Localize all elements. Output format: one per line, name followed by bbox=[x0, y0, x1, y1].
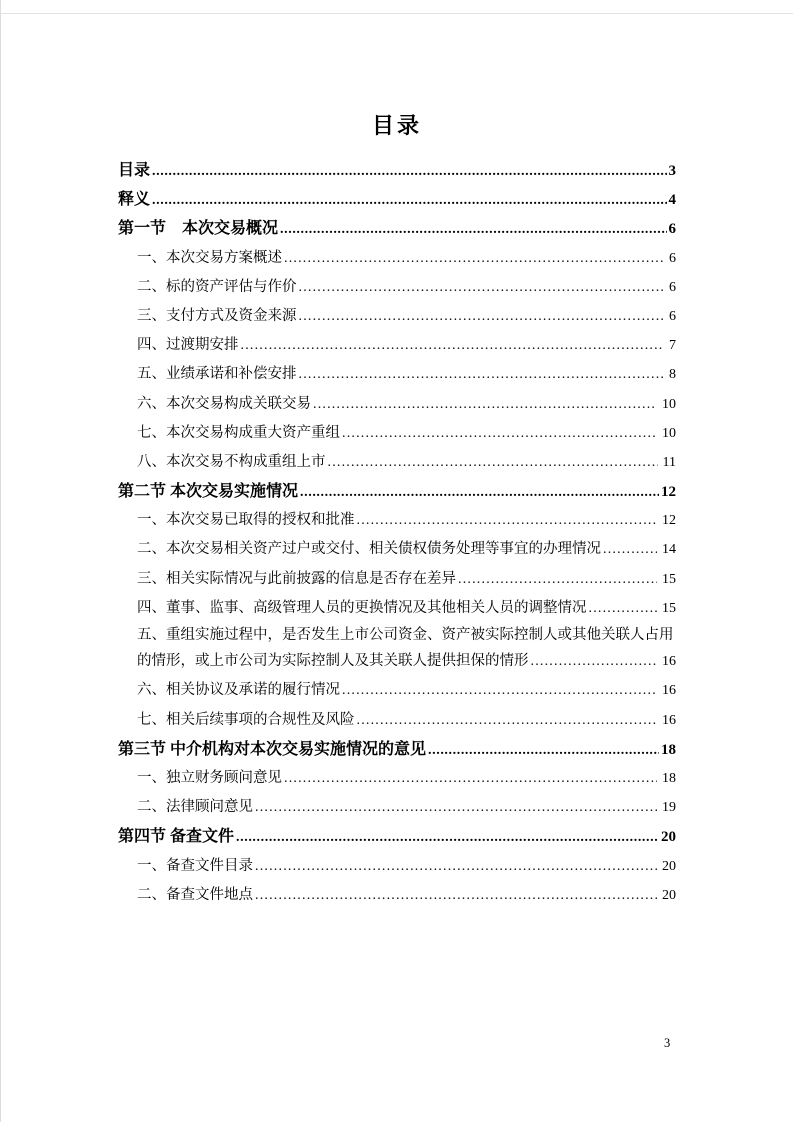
toc-entry-label: 第二节 本次交易实施情况 bbox=[118, 477, 298, 506]
dot-leader bbox=[299, 302, 665, 331]
dot-leader bbox=[255, 793, 657, 822]
toc-entry-page: 11 bbox=[658, 448, 676, 477]
toc-entry[interactable]: 一、独立财务顾问意见 18 bbox=[118, 764, 676, 793]
toc-entry-label: 一、本次交易已取得的授权和批准 bbox=[137, 506, 355, 535]
toc-entry[interactable]: 六、本次交易构成关联交易 10 bbox=[118, 390, 676, 419]
dot-leader bbox=[357, 506, 658, 535]
toc-entry-label: 第一节 本次交易概况 bbox=[118, 214, 278, 243]
dot-leader bbox=[603, 535, 657, 564]
toc-entry-label: 目录 bbox=[118, 156, 150, 185]
toc-entry-page: 4 bbox=[667, 186, 677, 215]
dot-leader bbox=[428, 735, 659, 765]
toc-entry-label: 二、本次交易相关资产过户或交付、相关债权债务处理等事宜的办理情况 bbox=[137, 535, 601, 564]
toc-entry-page: 10 bbox=[657, 390, 676, 419]
toc-entry[interactable]: 二、标的资产评估与作价 6 bbox=[118, 273, 676, 302]
toc-entry-label: 七、本次交易构成重大资产重组 bbox=[137, 419, 340, 448]
toc-entry-page: 10 bbox=[657, 419, 676, 448]
toc-entry[interactable]: 释义 4 bbox=[118, 185, 676, 214]
toc-entry-label: 四、董事、监事、高级管理人员的更换情况及其他相关人员的调整情况 bbox=[137, 594, 587, 623]
toc-entry-label: 四、过渡期安排 bbox=[137, 331, 239, 360]
toc-list: 目录 3 释义 4 第一节 本次交易概况 6 一、本次交易方案概述 6 二、标的… bbox=[118, 156, 676, 910]
dot-leader bbox=[241, 331, 665, 360]
toc-entry-label: 六、相关协议及承诺的履行情况 bbox=[137, 676, 340, 705]
page-edge-line-left bbox=[0, 0, 1, 1122]
toc-entry-page: 16 bbox=[657, 649, 676, 675]
toc-entry-page: 12 bbox=[659, 478, 676, 507]
page-title: 目录 bbox=[118, 112, 676, 140]
page-number-footer: 3 bbox=[664, 1035, 670, 1051]
toc-entry-page: 16 bbox=[657, 706, 676, 735]
dot-leader bbox=[531, 649, 658, 675]
toc-entry-label: 五、业绩承诺和补偿安排 bbox=[137, 360, 297, 389]
dot-leader bbox=[342, 419, 657, 448]
toc-entry[interactable]: 第二节 本次交易实施情况 12 bbox=[118, 477, 676, 506]
toc-entry[interactable]: 一、备查文件目录 20 bbox=[118, 852, 676, 881]
toc-entry-label: 第三节 中介机构对本次交易实施情况的意见 bbox=[118, 735, 426, 764]
dot-leader bbox=[342, 676, 657, 705]
toc-entry-page: 15 bbox=[657, 565, 676, 594]
toc-entry-label: 八、本次交易不构成重组上市 bbox=[137, 448, 326, 477]
toc-entry-label: 六、本次交易构成关联交易 bbox=[137, 390, 311, 419]
toc-entry-page: 6 bbox=[664, 273, 676, 302]
toc-entry-page: 18 bbox=[659, 736, 676, 765]
toc-entry[interactable]: 三、相关实际情况与此前披露的信息是否存在差异 15 bbox=[118, 565, 676, 594]
dot-leader bbox=[313, 390, 657, 419]
dot-leader bbox=[284, 244, 664, 273]
toc-entry[interactable]: 一、本次交易方案概述 6 bbox=[118, 244, 676, 273]
toc-entry-page: 12 bbox=[657, 506, 676, 535]
toc-entry-page: 6 bbox=[664, 244, 676, 273]
toc-entry[interactable]: 目录 3 bbox=[118, 156, 676, 185]
toc-entry-page: 6 bbox=[667, 215, 677, 244]
toc-entry-label: 一、备查文件目录 bbox=[137, 852, 253, 881]
toc-entry-label: 第四节 备查文件 bbox=[118, 822, 234, 851]
dot-leader bbox=[284, 764, 657, 793]
toc-entry-page: 20 bbox=[657, 852, 676, 881]
toc-entry[interactable]: 一、本次交易已取得的授权和批准 12 bbox=[118, 506, 676, 535]
toc-entry-label: 二、法律顾问意见 bbox=[137, 793, 253, 822]
dot-leader bbox=[152, 156, 666, 186]
toc-entry-page: 20 bbox=[659, 823, 676, 852]
toc-entry[interactable]: 四、董事、监事、高级管理人员的更换情况及其他相关人员的调整情况 15 bbox=[118, 594, 676, 623]
dot-leader bbox=[255, 852, 657, 881]
toc-entry[interactable]: 二、法律顾问意见 19 bbox=[118, 793, 676, 822]
page-edge-line-top bbox=[0, 13, 793, 14]
toc-entry[interactable]: 第四节 备查文件 20 bbox=[118, 822, 676, 851]
dot-leader bbox=[152, 185, 666, 215]
document-page: 目录 目录 3 释义 4 第一节 本次交易概况 6 一、本次交易方案概述 6 二… bbox=[0, 0, 793, 1122]
dot-leader bbox=[280, 214, 666, 244]
toc-entry-page: 7 bbox=[664, 331, 676, 360]
toc-entry[interactable]: 三、支付方式及资金来源 6 bbox=[118, 302, 676, 331]
dot-leader bbox=[236, 822, 659, 852]
toc-entry-page: 19 bbox=[657, 793, 676, 822]
dot-leader bbox=[300, 477, 659, 507]
toc-entry-label: 释义 bbox=[118, 185, 150, 214]
toc-entry[interactable]: 五、业绩承诺和补偿安排 8 bbox=[118, 360, 676, 389]
toc-entry-page: 16 bbox=[657, 676, 676, 705]
toc-entry-page: 6 bbox=[664, 302, 676, 331]
toc-entry[interactable]: 七、本次交易构成重大资产重组 10 bbox=[118, 419, 676, 448]
dot-leader bbox=[299, 273, 665, 302]
toc-entry-label: 三、支付方式及资金来源 bbox=[137, 302, 297, 331]
toc-entry-page: 14 bbox=[657, 535, 676, 564]
toc-entry[interactable]: 四、过渡期安排 7 bbox=[118, 331, 676, 360]
toc-entry[interactable]: 二、备查文件地点 20 bbox=[118, 881, 676, 910]
toc-entry[interactable]: 第一节 本次交易概况 6 bbox=[118, 214, 676, 243]
toc-entry-label: 三、相关实际情况与此前披露的信息是否存在差异 bbox=[137, 565, 456, 594]
toc-entry[interactable]: 二、本次交易相关资产过户或交付、相关债权债务处理等事宜的办理情况 14 bbox=[118, 535, 676, 564]
dot-leader bbox=[328, 448, 658, 477]
toc-entry-page: 8 bbox=[664, 360, 676, 389]
toc-entry-label-continued: 的情形，或上市公司为实际控制人及其关联人提供担保的情形 bbox=[137, 649, 529, 675]
dot-leader bbox=[299, 360, 665, 389]
toc-entry[interactable]: 五、重组实施过程中，是否发生上市公司资金、资产被实际控制人或其他关联人占用 的情… bbox=[118, 623, 676, 676]
toc-entry-label: 二、标的资产评估与作价 bbox=[137, 273, 297, 302]
toc-entry-label: 七、相关后续事项的合规性及风险 bbox=[137, 706, 355, 735]
dot-leader bbox=[357, 706, 658, 735]
toc-entry[interactable]: 六、相关协议及承诺的履行情况 16 bbox=[118, 676, 676, 705]
toc-entry-page: 3 bbox=[667, 157, 677, 186]
toc-entry[interactable]: 第三节 中介机构对本次交易实施情况的意见 18 bbox=[118, 735, 676, 764]
toc-entry[interactable]: 七、相关后续事项的合规性及风险 16 bbox=[118, 706, 676, 735]
toc-entry-label: 一、独立财务顾问意见 bbox=[137, 764, 282, 793]
dot-leader bbox=[458, 565, 657, 594]
toc-entry-page: 18 bbox=[657, 764, 676, 793]
toc-entry-label: 五、重组实施过程中，是否发生上市公司资金、资产被实际控制人或其他关联人占用 bbox=[137, 623, 676, 649]
dot-leader bbox=[255, 881, 657, 910]
toc-entry-page: 15 bbox=[657, 594, 676, 623]
dot-leader bbox=[589, 594, 658, 623]
toc-entry-label: 一、本次交易方案概述 bbox=[137, 244, 282, 273]
toc-entry-page: 20 bbox=[657, 881, 676, 910]
toc-entry[interactable]: 八、本次交易不构成重组上市 11 bbox=[118, 448, 676, 477]
toc-entry-label: 二、备查文件地点 bbox=[137, 881, 253, 910]
